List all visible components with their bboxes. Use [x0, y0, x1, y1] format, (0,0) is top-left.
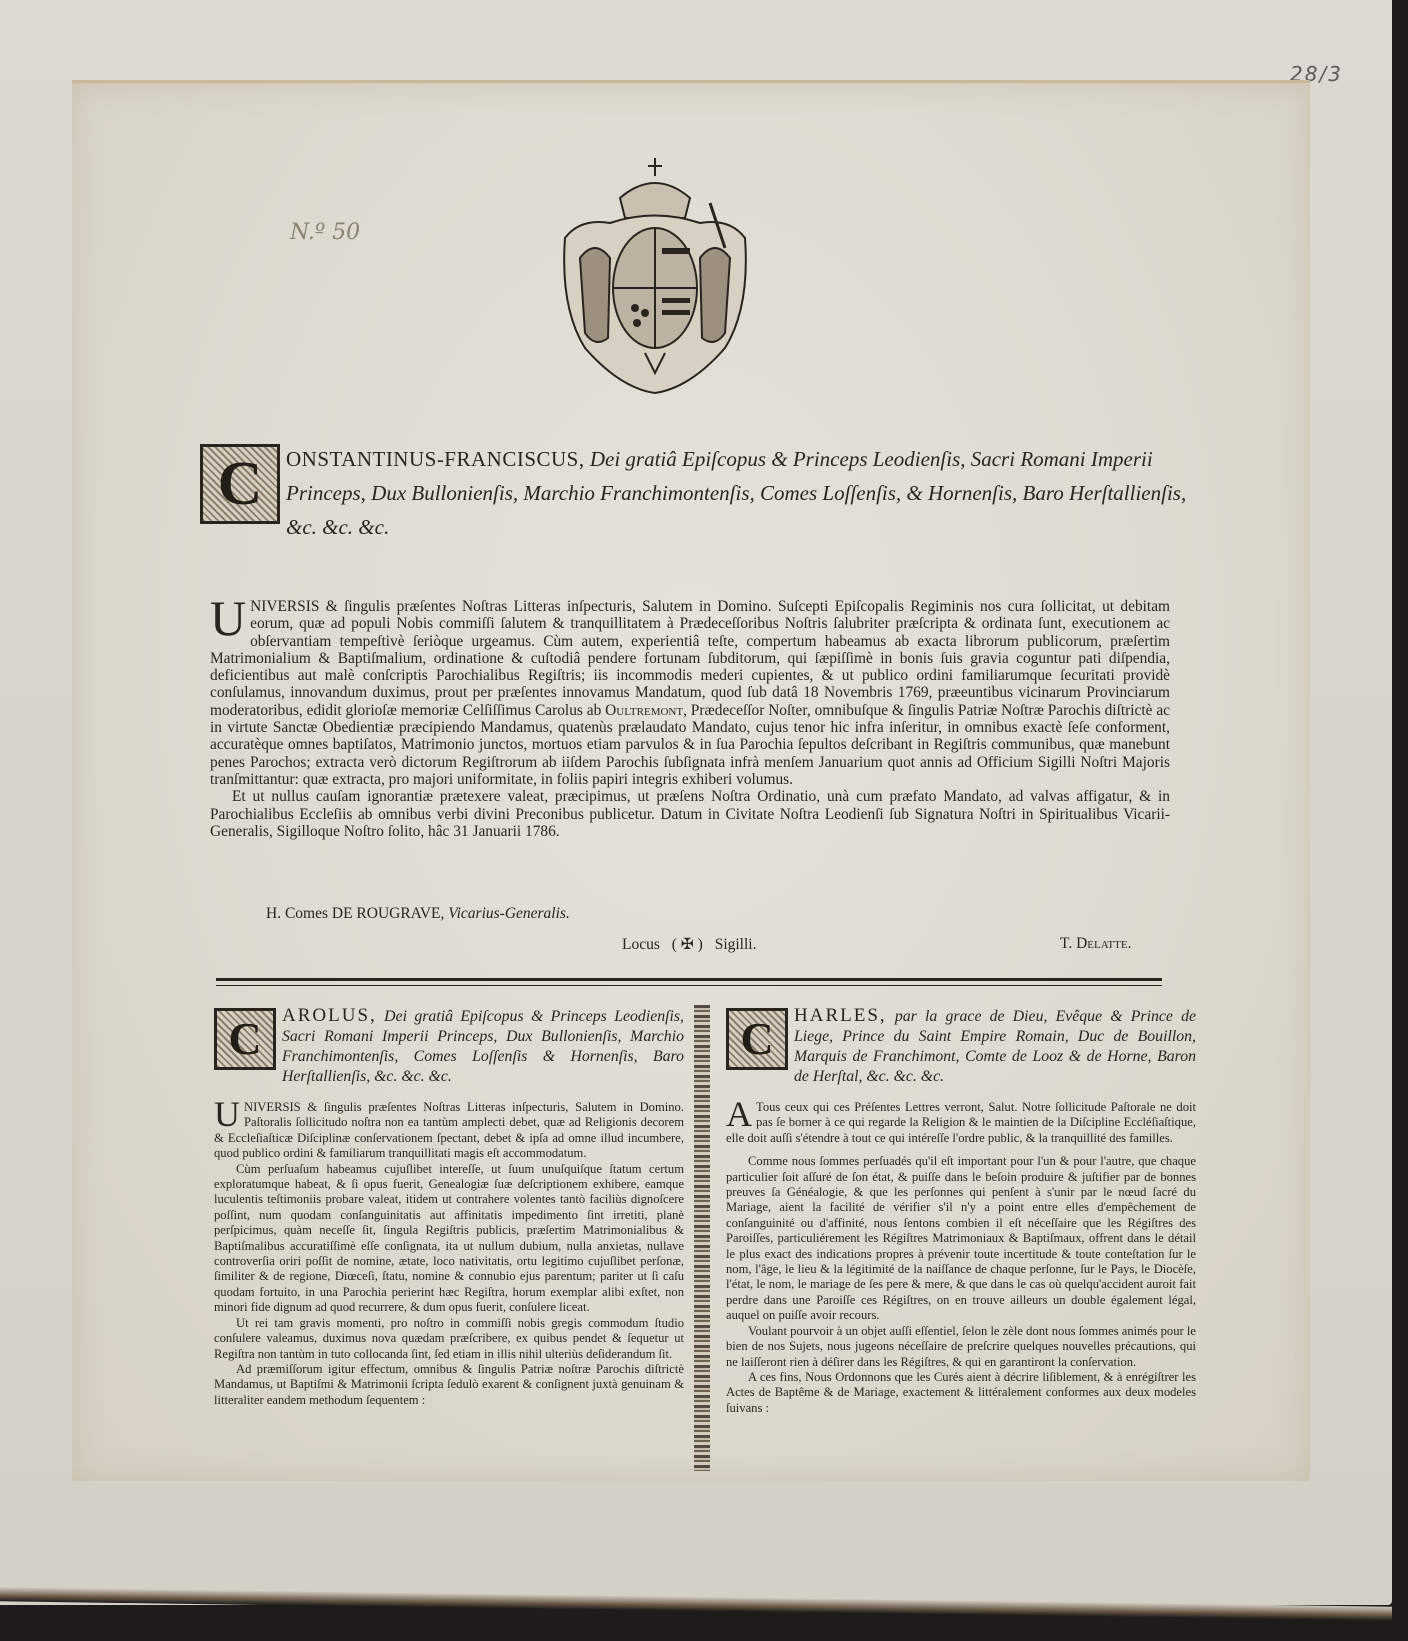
oultremont-name: Oultremont [605, 702, 683, 719]
charles-name: HARLES, [794, 1005, 887, 1026]
seal-label-sigilli: Sigilli. [715, 936, 757, 953]
charles-header: C HARLES, par la grace de Dieu, Evêque &… [726, 1006, 1196, 1090]
cross-icon: ( ✠ ) [672, 935, 703, 954]
french-mandate-paragraph-4: A ces fins, Nous Ordonnons que les Curés… [726, 1370, 1196, 1416]
french-mandate-paragraph-1: Tous ceux qui ces Préſentes Lettres verr… [726, 1100, 1196, 1145]
ornamental-column-divider [694, 1005, 710, 1471]
seal-placement: Locus ( ✠ ) Sigilli. [622, 935, 756, 954]
latin-mandate-text: U NIVERSIS & ſingulis præſentes Noſtras … [214, 1100, 684, 1408]
drop-initial-u: U [214, 1100, 240, 1128]
drop-initial-u: U [210, 598, 246, 638]
signatory-title: Vicarius-Generalis. [448, 905, 570, 922]
latin-mandate-paragraph-4: Ad præmiſſorum igitur effectum, omnibus … [214, 1362, 684, 1408]
french-mandate-column: C HARLES, par la grace de Dieu, Evêque &… [726, 1006, 1196, 1416]
handwritten-number-note: N.º 50 [290, 220, 360, 245]
french-mandate-paragraph-2: Comme nous ſommes perſuadés qu'il eſt im… [726, 1154, 1196, 1323]
latin-paragraph-2: Et ut nullus cauſam ignorantiæ prætexere… [210, 788, 1170, 840]
decorated-initial-c: C [214, 1008, 276, 1070]
bishop-name: ONSTANTINUS-FRANCISCUS, [286, 447, 585, 471]
drop-initial-a: A [726, 1100, 752, 1128]
secretary-signature: T. Delatte. [1060, 935, 1131, 953]
carolus-header: C AROLUS, Dei gratiâ Epiſcopus & Princep… [214, 1006, 684, 1090]
carolus-name: AROLUS, [282, 1005, 377, 1026]
lead-caps: NIVERSIS [244, 1100, 301, 1114]
latin-mandate-column: C AROLUS, Dei gratiâ Epiſcopus & Princep… [214, 1006, 684, 1408]
ordinance-header: C ONSTANTINUS-FRANCISCUS, Dei gratiâ Epi… [200, 442, 1190, 544]
decorated-initial-c: C [726, 1008, 788, 1070]
latin-paragraph-1: & ſingulis præſentes Noſtras Litteras in… [210, 598, 1170, 719]
lead-caps: NIVERSIS [250, 598, 319, 615]
seal-label-locus: Locus [622, 936, 660, 953]
coat-of-arms-icon [540, 148, 770, 398]
vicar-general-signature: H. Comes DE ROUGRAVE, Vicarius-Generalis… [266, 905, 570, 923]
signatory-name: H. Comes DE ROUGRAVE, [266, 905, 444, 922]
double-rule-divider [216, 978, 1162, 986]
decorated-initial-c: C [200, 444, 280, 524]
french-mandate-paragraph-3: Voulant pourvoir à un objet auſſi eſſent… [726, 1324, 1196, 1370]
ordinance-latin-body: U NIVERSIS & ſingulis præſentes Noſtras … [210, 598, 1170, 840]
french-mandate-text: A Tous ceux qui ces Préſentes Lettres ve… [726, 1100, 1196, 1416]
latin-mandate-paragraph-2: Cùm perſuaſum habeamus cujuſlibet intere… [214, 1162, 684, 1316]
latin-mandate-paragraph-3: Ut rei tam gravis momenti, pro noſtro in… [214, 1316, 684, 1362]
